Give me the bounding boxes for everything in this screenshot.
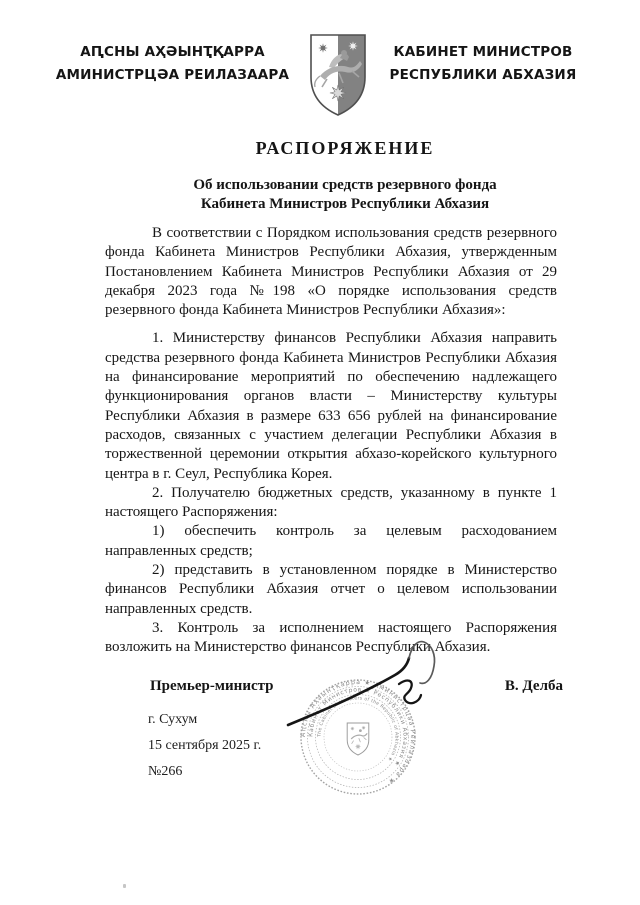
letterhead-russian: КАБИНЕТ МИНИСТРОВ РЕСПУБЛИКИ АБХАЗИЯ xyxy=(383,41,583,87)
meta-city: г. Сухум xyxy=(148,707,261,733)
document-subject: Об использовании средств резервного фонд… xyxy=(105,176,585,214)
document-subject-line2: Кабинета Министров Республики Абхазия xyxy=(105,195,585,214)
meta-number: №266 xyxy=(148,759,261,785)
paragraph-intro: В соответствии с Порядком использования … xyxy=(105,224,557,320)
meta-date: 15 сентября 2025 г. xyxy=(148,733,261,759)
paragraph-item-2-sub-2: 2) представить в установленном порядке в… xyxy=(105,561,557,619)
coat-of-arms-icon xyxy=(307,31,369,119)
signatory-post: Премьер-министр xyxy=(150,678,274,695)
paragraph-item-2: 2. Получателю бюджетных средств, указанн… xyxy=(105,484,557,523)
letterhead-russian-line2: РЕСПУБЛИКИ АБХАЗИЯ xyxy=(383,64,583,87)
document-body: В соответствии с Порядком использования … xyxy=(105,224,557,658)
handwritten-signature xyxy=(278,636,446,738)
document-page: АԤСНЫ АҲӘЫНҬҚАРРА АМИНИСТРЦӘА РЕИЛАЗААРА xyxy=(0,0,640,905)
paragraph-item-2-sub-1: 1) обеспечить контроль за целевым расход… xyxy=(105,522,557,561)
scan-speck xyxy=(123,884,126,888)
paragraph-item-1: 1. Министерству финансов Республики Абха… xyxy=(105,329,557,483)
document-title: РАСПОРЯЖЕНИЕ xyxy=(105,138,585,159)
letterhead-abkhaz: АԤСНЫ АҲӘЫНҬҚАРРА АМИНИСТРЦӘА РЕИЛАЗААРА xyxy=(55,41,290,87)
letterhead-russian-line1: КАБИНЕТ МИНИСТРОВ xyxy=(383,41,583,64)
letterhead-abkhaz-line1: АԤСНЫ АҲӘЫНҬҚАРРА xyxy=(55,41,290,64)
document-meta: г. Сухум 15 сентября 2025 г. №266 xyxy=(148,707,261,785)
document-subject-line1: Об использовании средств резервного фонд… xyxy=(105,176,585,195)
letterhead-abkhaz-line2: АМИНИСТРЦӘА РЕИЛАЗААРА xyxy=(55,64,290,87)
signatory-name: В. Делба xyxy=(505,678,563,695)
